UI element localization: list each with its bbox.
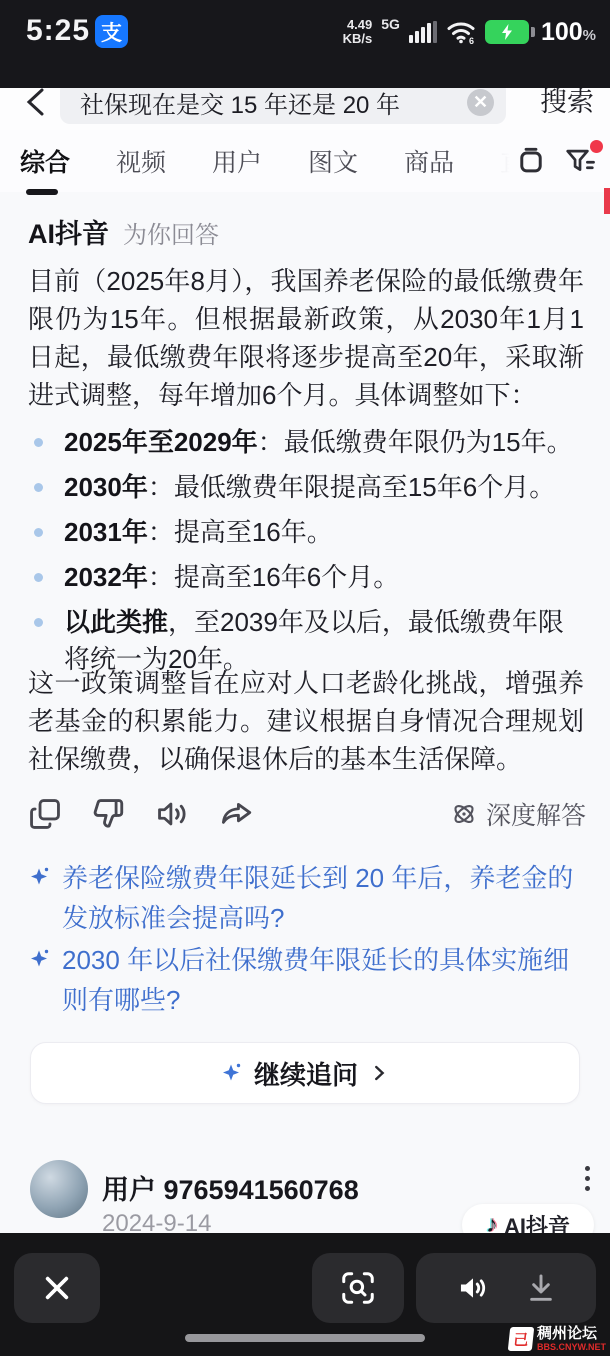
tab-image-text[interactable]: 图文 bbox=[308, 143, 358, 179]
bullet-item: 2032年：提高至16年6个月。 bbox=[28, 559, 584, 596]
status-bar: 5:25 支 4.49 KB/s 5G 6 bbox=[0, 0, 610, 88]
answer-intro: 目前（2025年8月），我国养老保险的最低缴费年限仍为15年。但根据最新政策，从… bbox=[28, 262, 584, 414]
deep-answer-button[interactable]: 深度解答 bbox=[450, 796, 586, 832]
status-row: 5:25 支 4.49 KB/s 5G 6 bbox=[0, 10, 610, 54]
speaker-button[interactable] bbox=[455, 1271, 491, 1305]
battery-icon: 100% bbox=[485, 18, 596, 47]
answer-action-row: 深度解答 bbox=[28, 792, 586, 836]
copy-icon[interactable] bbox=[28, 797, 62, 831]
continue-asking-label: 继续追问 bbox=[254, 1055, 358, 1092]
phone-screen: 5:25 支 4.49 KB/s 5G 6 bbox=[0, 0, 610, 1356]
tab-comprehensive[interactable]: 综合 bbox=[20, 143, 70, 179]
wifi-gen-label: 6 bbox=[469, 36, 474, 45]
download-button[interactable] bbox=[525, 1271, 557, 1305]
network-speed-unit: KB/s bbox=[343, 32, 373, 46]
screenshot-toolbar: 己 稠州论坛 BBS.CNYW.NET bbox=[0, 1233, 610, 1356]
media-controls bbox=[416, 1253, 596, 1323]
search-query: 社保现在是交 15 年还是 20 年 bbox=[60, 85, 467, 120]
continue-asking-button[interactable]: 继续追问 bbox=[30, 1042, 580, 1104]
read-aloud-icon[interactable] bbox=[156, 797, 190, 831]
more-options-icon[interactable] bbox=[585, 1166, 590, 1191]
wifi-icon: 6 bbox=[446, 19, 476, 45]
suggested-question[interactable]: 养老保险缴费年限延长到 20 年后，养老金的发放标准会提高吗? bbox=[28, 858, 584, 938]
username[interactable]: 用户 9765941560768 bbox=[102, 1168, 359, 1207]
scan-search-icon bbox=[339, 1269, 377, 1307]
bullet-item: 2031年：提高至16年。 bbox=[28, 514, 584, 551]
network-speed: 4.49 KB/s bbox=[343, 18, 373, 46]
deep-answer-label: 深度解答 bbox=[486, 796, 586, 832]
scroll-indicator bbox=[604, 188, 610, 214]
sparkle-icon bbox=[28, 865, 52, 938]
tab-bar-icons bbox=[480, 130, 596, 192]
charging-bolt-icon bbox=[500, 23, 514, 41]
forum-site-url: BBS.CNYW.NET bbox=[537, 1342, 606, 1352]
tab-goods[interactable]: 商品 bbox=[404, 143, 454, 179]
back-icon[interactable] bbox=[22, 86, 48, 118]
watch-mode-icon[interactable] bbox=[516, 145, 546, 177]
image-search-button[interactable] bbox=[312, 1253, 404, 1323]
ai-brand-label: AI抖音 bbox=[28, 212, 109, 251]
alipay-icon: 支 bbox=[95, 15, 128, 48]
close-button[interactable] bbox=[14, 1253, 100, 1323]
sparkle-icon bbox=[220, 1061, 244, 1085]
forum-site-name: 稠州论坛 bbox=[537, 1326, 606, 1342]
bullet-item: 2030年：最低缴费年限提高至15年6个月。 bbox=[28, 469, 584, 506]
network-type-label: 5G bbox=[381, 16, 400, 32]
filter-badge bbox=[590, 140, 603, 153]
ai-answer-header: AI抖音 为你回答 bbox=[28, 212, 219, 251]
answer-conclusion: 这一政策调整旨在应对人口老龄化挑战，增强养老基金的积累能力。建议根据自身情况合理… bbox=[28, 664, 584, 778]
home-indicator[interactable] bbox=[185, 1334, 425, 1342]
tab-user[interactable]: 用户 bbox=[212, 143, 262, 179]
chevron-right-icon bbox=[368, 1062, 390, 1084]
clock: 5:25 bbox=[26, 14, 90, 48]
clear-search-icon[interactable]: ✕ bbox=[467, 89, 494, 116]
forum-logo-icon: 己 bbox=[508, 1327, 535, 1351]
signal-bars-icon bbox=[409, 21, 437, 43]
share-icon[interactable] bbox=[220, 797, 254, 831]
tab-video[interactable]: 视频 bbox=[116, 143, 166, 179]
close-icon bbox=[41, 1272, 73, 1304]
status-indicators: 4.49 KB/s 5G 6 bbox=[343, 10, 596, 54]
answer-bullet-list: 2025年至2029年：最低缴费年限仍为15年。 2030年：最低缴费年限提高至… bbox=[28, 424, 584, 686]
forum-watermark: 己 稠州论坛 BBS.CNYW.NET bbox=[509, 1326, 606, 1352]
suggested-question[interactable]: 2030 年以后社保缴费年限延长的具体实施细则有哪些? bbox=[28, 940, 584, 1020]
filter-icon[interactable] bbox=[564, 146, 596, 176]
atom-icon bbox=[450, 800, 478, 828]
network-speed-value: 4.49 bbox=[343, 18, 373, 32]
bullet-item: 2025年至2029年：最低缴费年限仍为15年。 bbox=[28, 424, 584, 461]
battery-percent: 100% bbox=[541, 18, 596, 47]
suggested-question-text: 养老保险缴费年限延长到 20 年后，养老金的发放标准会提高吗? bbox=[62, 858, 584, 938]
sparkle-icon bbox=[28, 947, 52, 1020]
thumbs-down-icon[interactable] bbox=[92, 797, 126, 831]
result-tabs: 综合 视频 用户 图文 商品 直播 bbox=[0, 130, 610, 192]
ai-subtitle: 为你回答 bbox=[123, 215, 219, 250]
avatar[interactable] bbox=[30, 1160, 88, 1218]
suggested-question-text: 2030 年以后社保缴费年限延长的具体实施细则有哪些? bbox=[62, 940, 584, 1020]
